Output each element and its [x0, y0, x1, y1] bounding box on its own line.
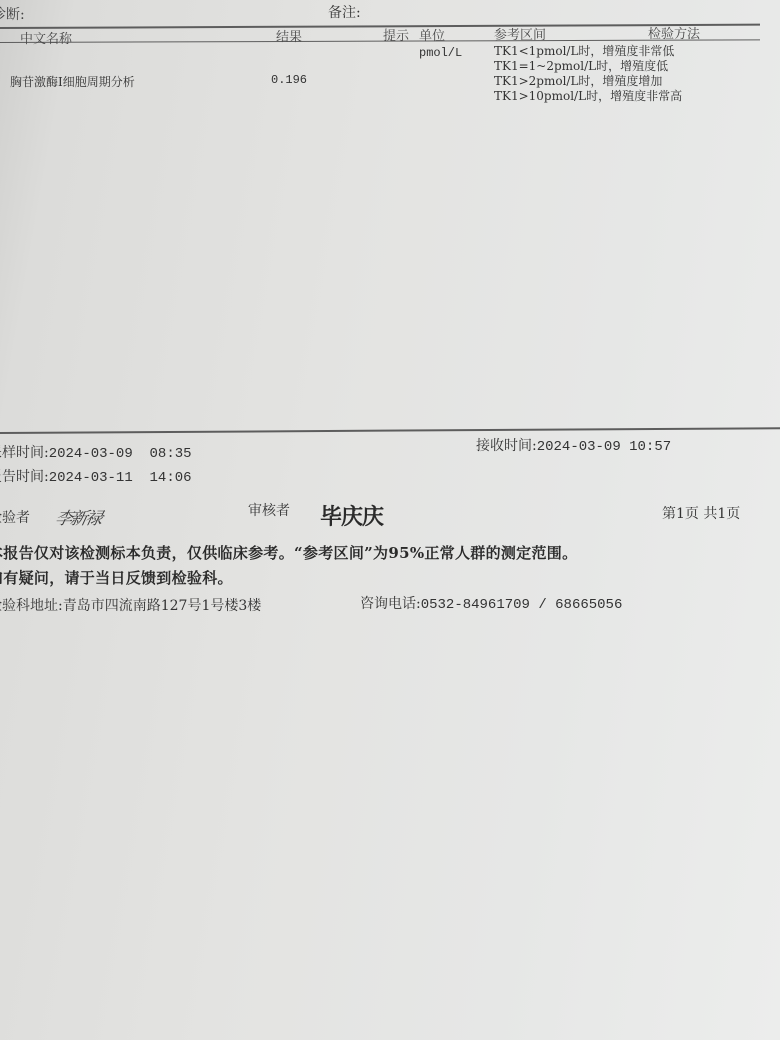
diagnosis-label: 诊断: [0, 4, 25, 24]
column-header-name: 中文名称 [20, 28, 72, 47]
column-header-method: 检验方法 [648, 23, 700, 42]
reviewer-signature: 毕庆庆 [320, 500, 383, 531]
reference-line: TK1>2pmol/L时，增殖度增加 [494, 74, 682, 89]
address-value: 青岛市四流南路127号1号楼3楼 [63, 598, 262, 614]
tester-signature: 李新禄 [53, 504, 103, 529]
lab-address: 检验科地址:青岛市四流南路127号1号楼3楼 [0, 595, 261, 615]
tester-label: 检验者 [0, 507, 30, 527]
remarks-label: 备注: [328, 2, 361, 22]
disclaimer-note: 本报告仅对该检测标本负责，仅供临床参考。“参考区间”为95%正常人群的测定范围。 [0, 542, 577, 563]
sample-time-value: 2024-03-09 08:35 [49, 446, 192, 462]
sample-time: 采样时间:2024-03-09 08:35 [0, 442, 192, 462]
table-header-top-rule [0, 24, 760, 29]
phone-value: 0532-84961709 / 68665056 [421, 597, 623, 613]
test-result: 0.196 [271, 73, 307, 87]
address-label: 检验科地址: [0, 598, 63, 614]
receive-time: 接收时间:2024-03-09 10:57 [476, 435, 671, 455]
reviewer-label: 审核者 [248, 500, 290, 520]
column-header-unit: 单位 [419, 25, 445, 44]
reference-range: TK1<1pmol/L时，增殖度非常低 TK1=1~2pmol/L时，增殖度低 … [494, 44, 682, 104]
phone-label: 咨询电话: [360, 596, 421, 612]
table-header-bottom-rule [0, 39, 760, 43]
report-time-value: 2024-03-11 14:06 [49, 470, 192, 486]
column-header-flag: 提示 [383, 25, 409, 44]
feedback-note: 如有疑问，请于当日反馈到检验科。 [0, 567, 233, 588]
report-time: 报告时间:2024-03-11 14:06 [0, 466, 192, 486]
test-unit: pmol/L [419, 46, 462, 60]
reference-line: TK1>10pmol/L时，增殖度非常高 [494, 89, 682, 104]
column-header-reference: 参考区间 [494, 24, 546, 43]
test-name: 胸苷激酶I细胞周期分析 [10, 73, 135, 90]
reference-line: TK1=1~2pmol/L时，增殖度低 [494, 59, 682, 74]
report-time-label: 报告时间: [0, 469, 49, 485]
footer-rule [0, 427, 780, 434]
lab-phone: 咨询电话:0532-84961709 / 68665056 [360, 593, 622, 613]
column-header-result: 结果 [276, 26, 302, 45]
receive-time-label: 接收时间: [476, 438, 537, 454]
sample-time-label: 采样时间: [0, 445, 49, 461]
reference-line: TK1<1pmol/L时，增殖度非常低 [494, 44, 682, 59]
page-info: 第1页 共1页 [662, 503, 740, 523]
receive-time-value: 2024-03-09 10:57 [537, 439, 671, 455]
